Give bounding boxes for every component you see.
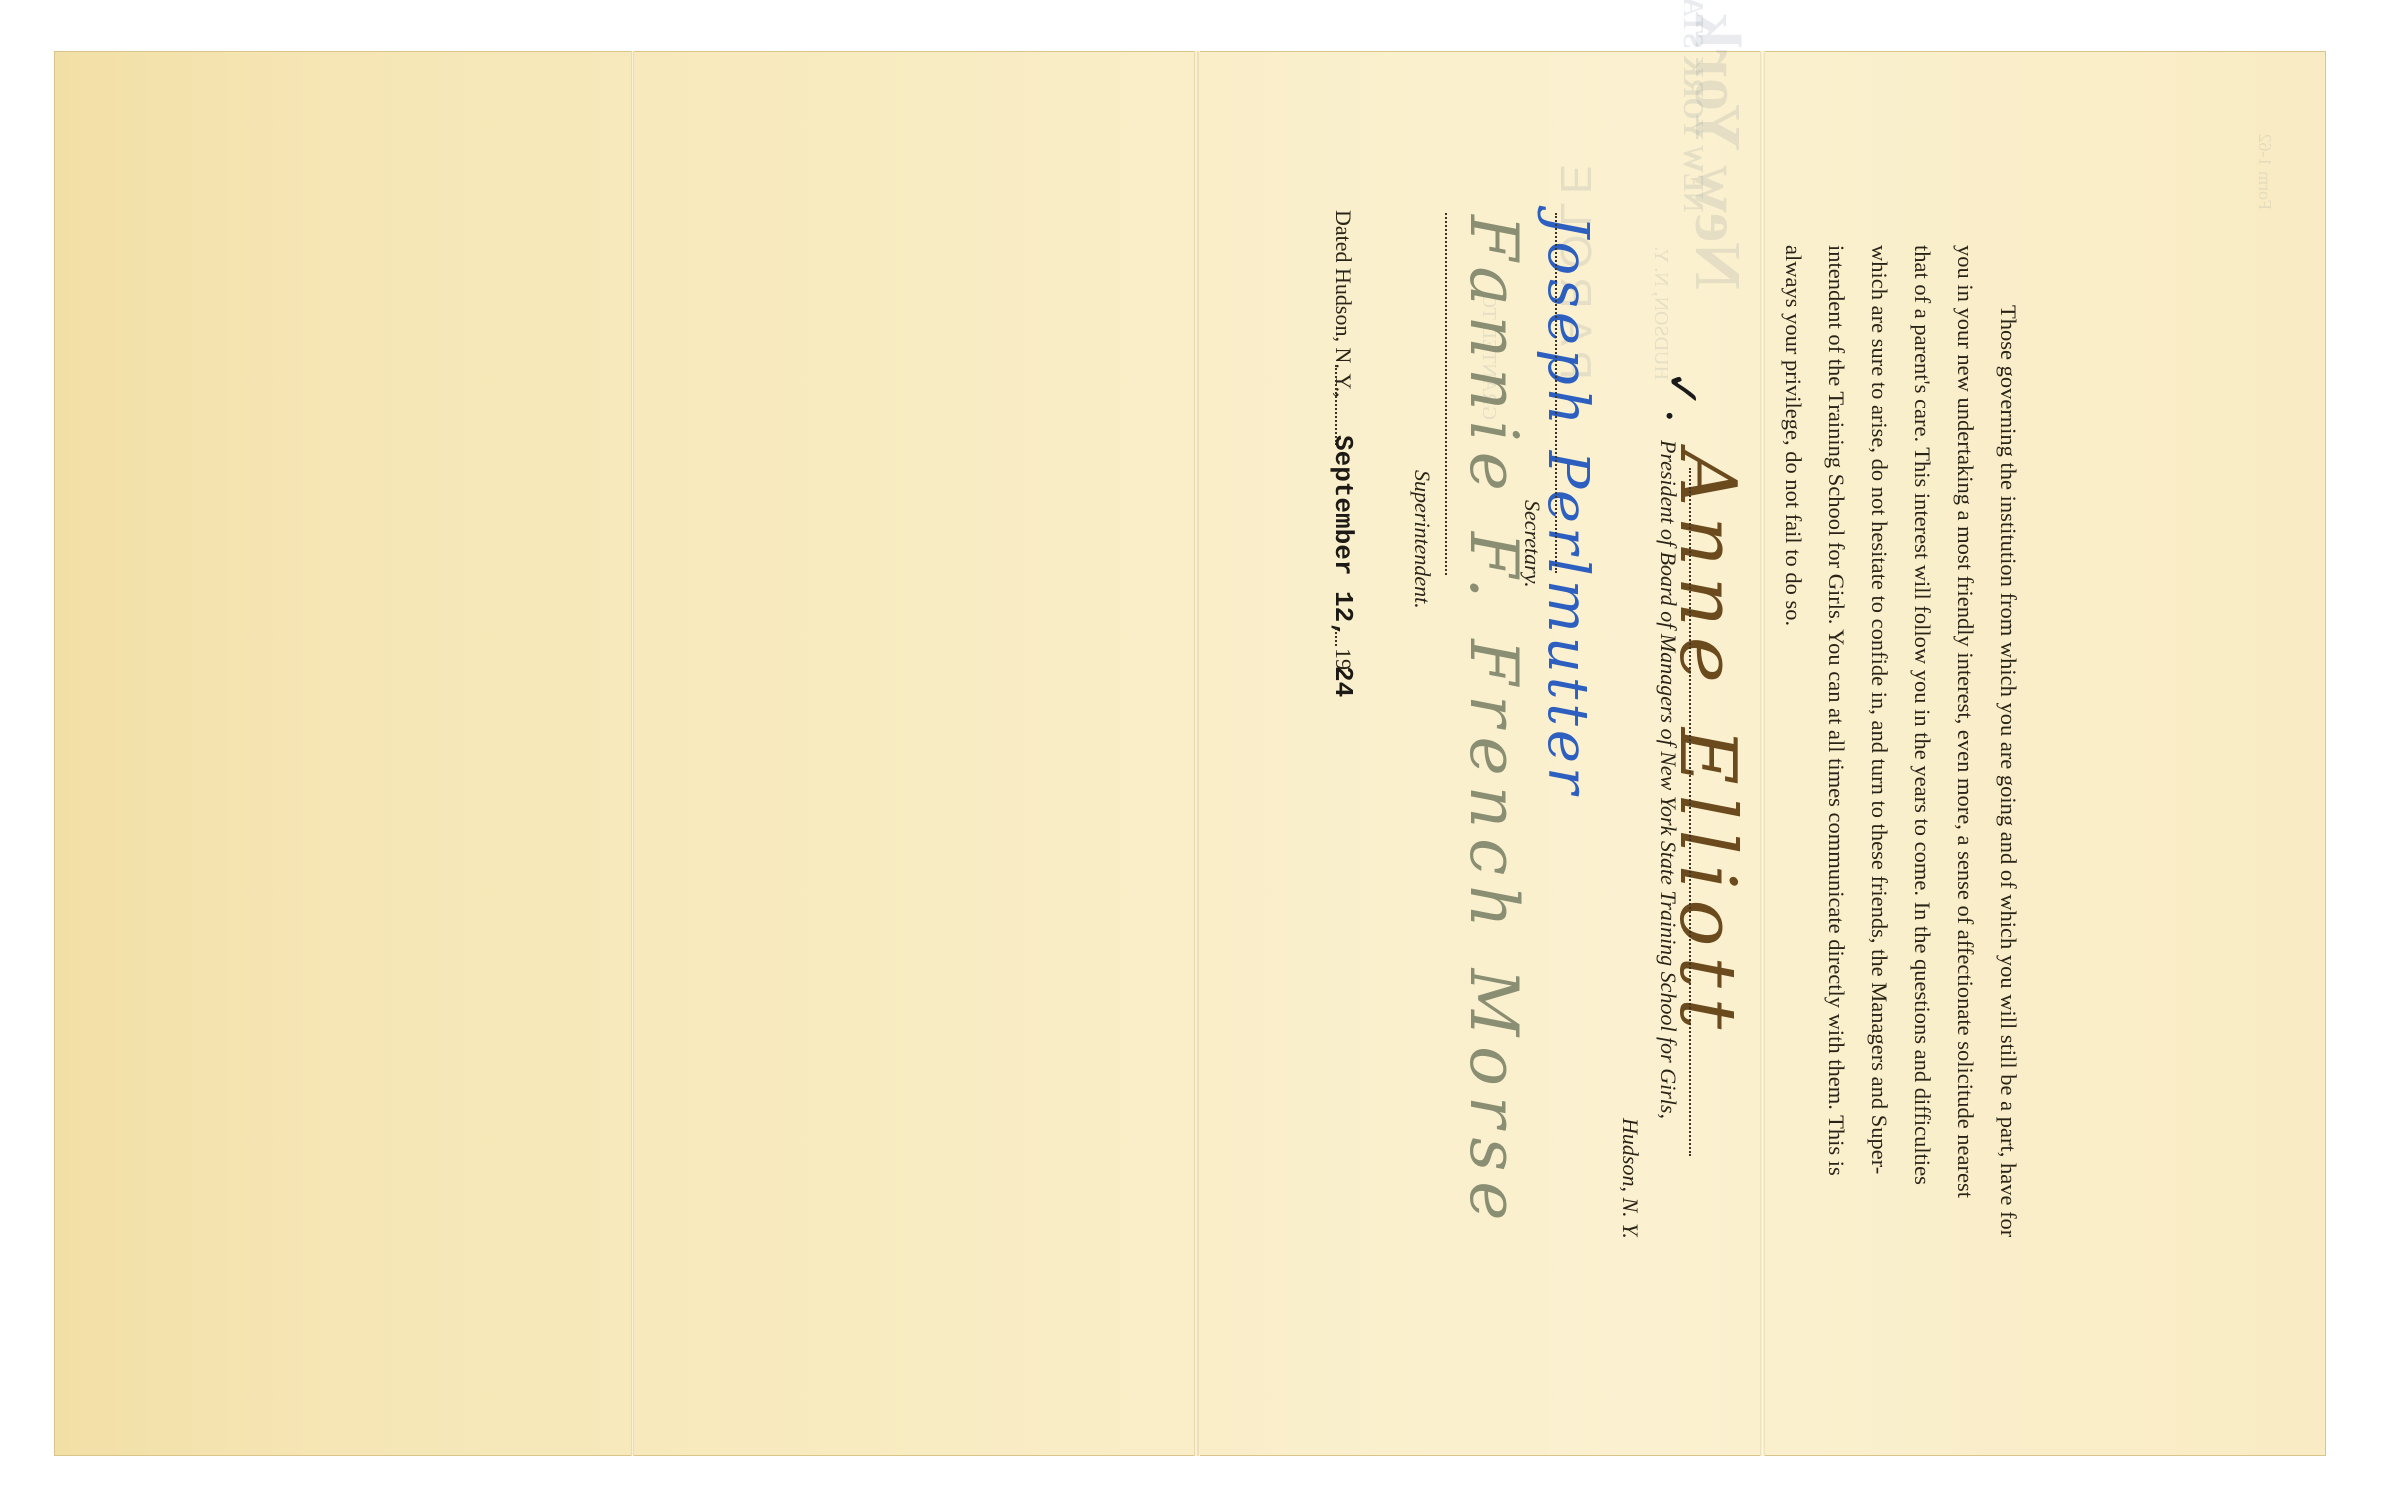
fold-crease bbox=[1760, 51, 1765, 1456]
secretary-signature-line bbox=[1555, 213, 1557, 573]
dated-prefix: Dated Hudson, N. Y., bbox=[1330, 210, 1356, 398]
paragraph-line: that of a parent's care. This interest w… bbox=[1901, 245, 1944, 1237]
superintendent-signature-line bbox=[1445, 213, 1447, 575]
paragraph-line: Those governing the institution from whi… bbox=[1987, 245, 2030, 1237]
bleed-form-number: Form 1-62 bbox=[2254, 134, 2275, 211]
president-title: President of Board of Managers of New Yo… bbox=[1655, 440, 1681, 1119]
paragraph-line: which are sure to arise, do not hesitate… bbox=[1858, 245, 1901, 1237]
paragraph-line: intendent of the Training School for Gir… bbox=[1815, 245, 1858, 1237]
check-mark: ✓. bbox=[1656, 370, 1710, 423]
paragraph-line: always your privilege, do not fail to do… bbox=[1772, 245, 1815, 1237]
fold-crease bbox=[631, 51, 634, 1456]
fold-crease bbox=[1194, 51, 1200, 1456]
dated-dots bbox=[1335, 365, 1337, 445]
paragraph-line: you in your new undertaking a most frien… bbox=[1944, 245, 1987, 1237]
president-location: Hudson, N. Y. bbox=[1617, 1118, 1643, 1239]
president-signature-line bbox=[1689, 468, 1691, 1156]
dated-year: 24 bbox=[1328, 666, 1358, 697]
bleed-location: HUDSON, N. Y. bbox=[1649, 246, 1672, 380]
bleed-banner: New York State Training School for Girls bbox=[1679, 0, 1755, 290]
letter-paragraph: Those governing the institution from whi… bbox=[1772, 245, 2030, 1237]
dated-month-day: September 12, bbox=[1328, 435, 1358, 638]
superintendent-signature: Fannie F. French Morse bbox=[1455, 215, 1532, 1230]
dated-dots bbox=[1335, 628, 1337, 646]
superintendent-label: Superintendent. bbox=[1409, 470, 1435, 609]
